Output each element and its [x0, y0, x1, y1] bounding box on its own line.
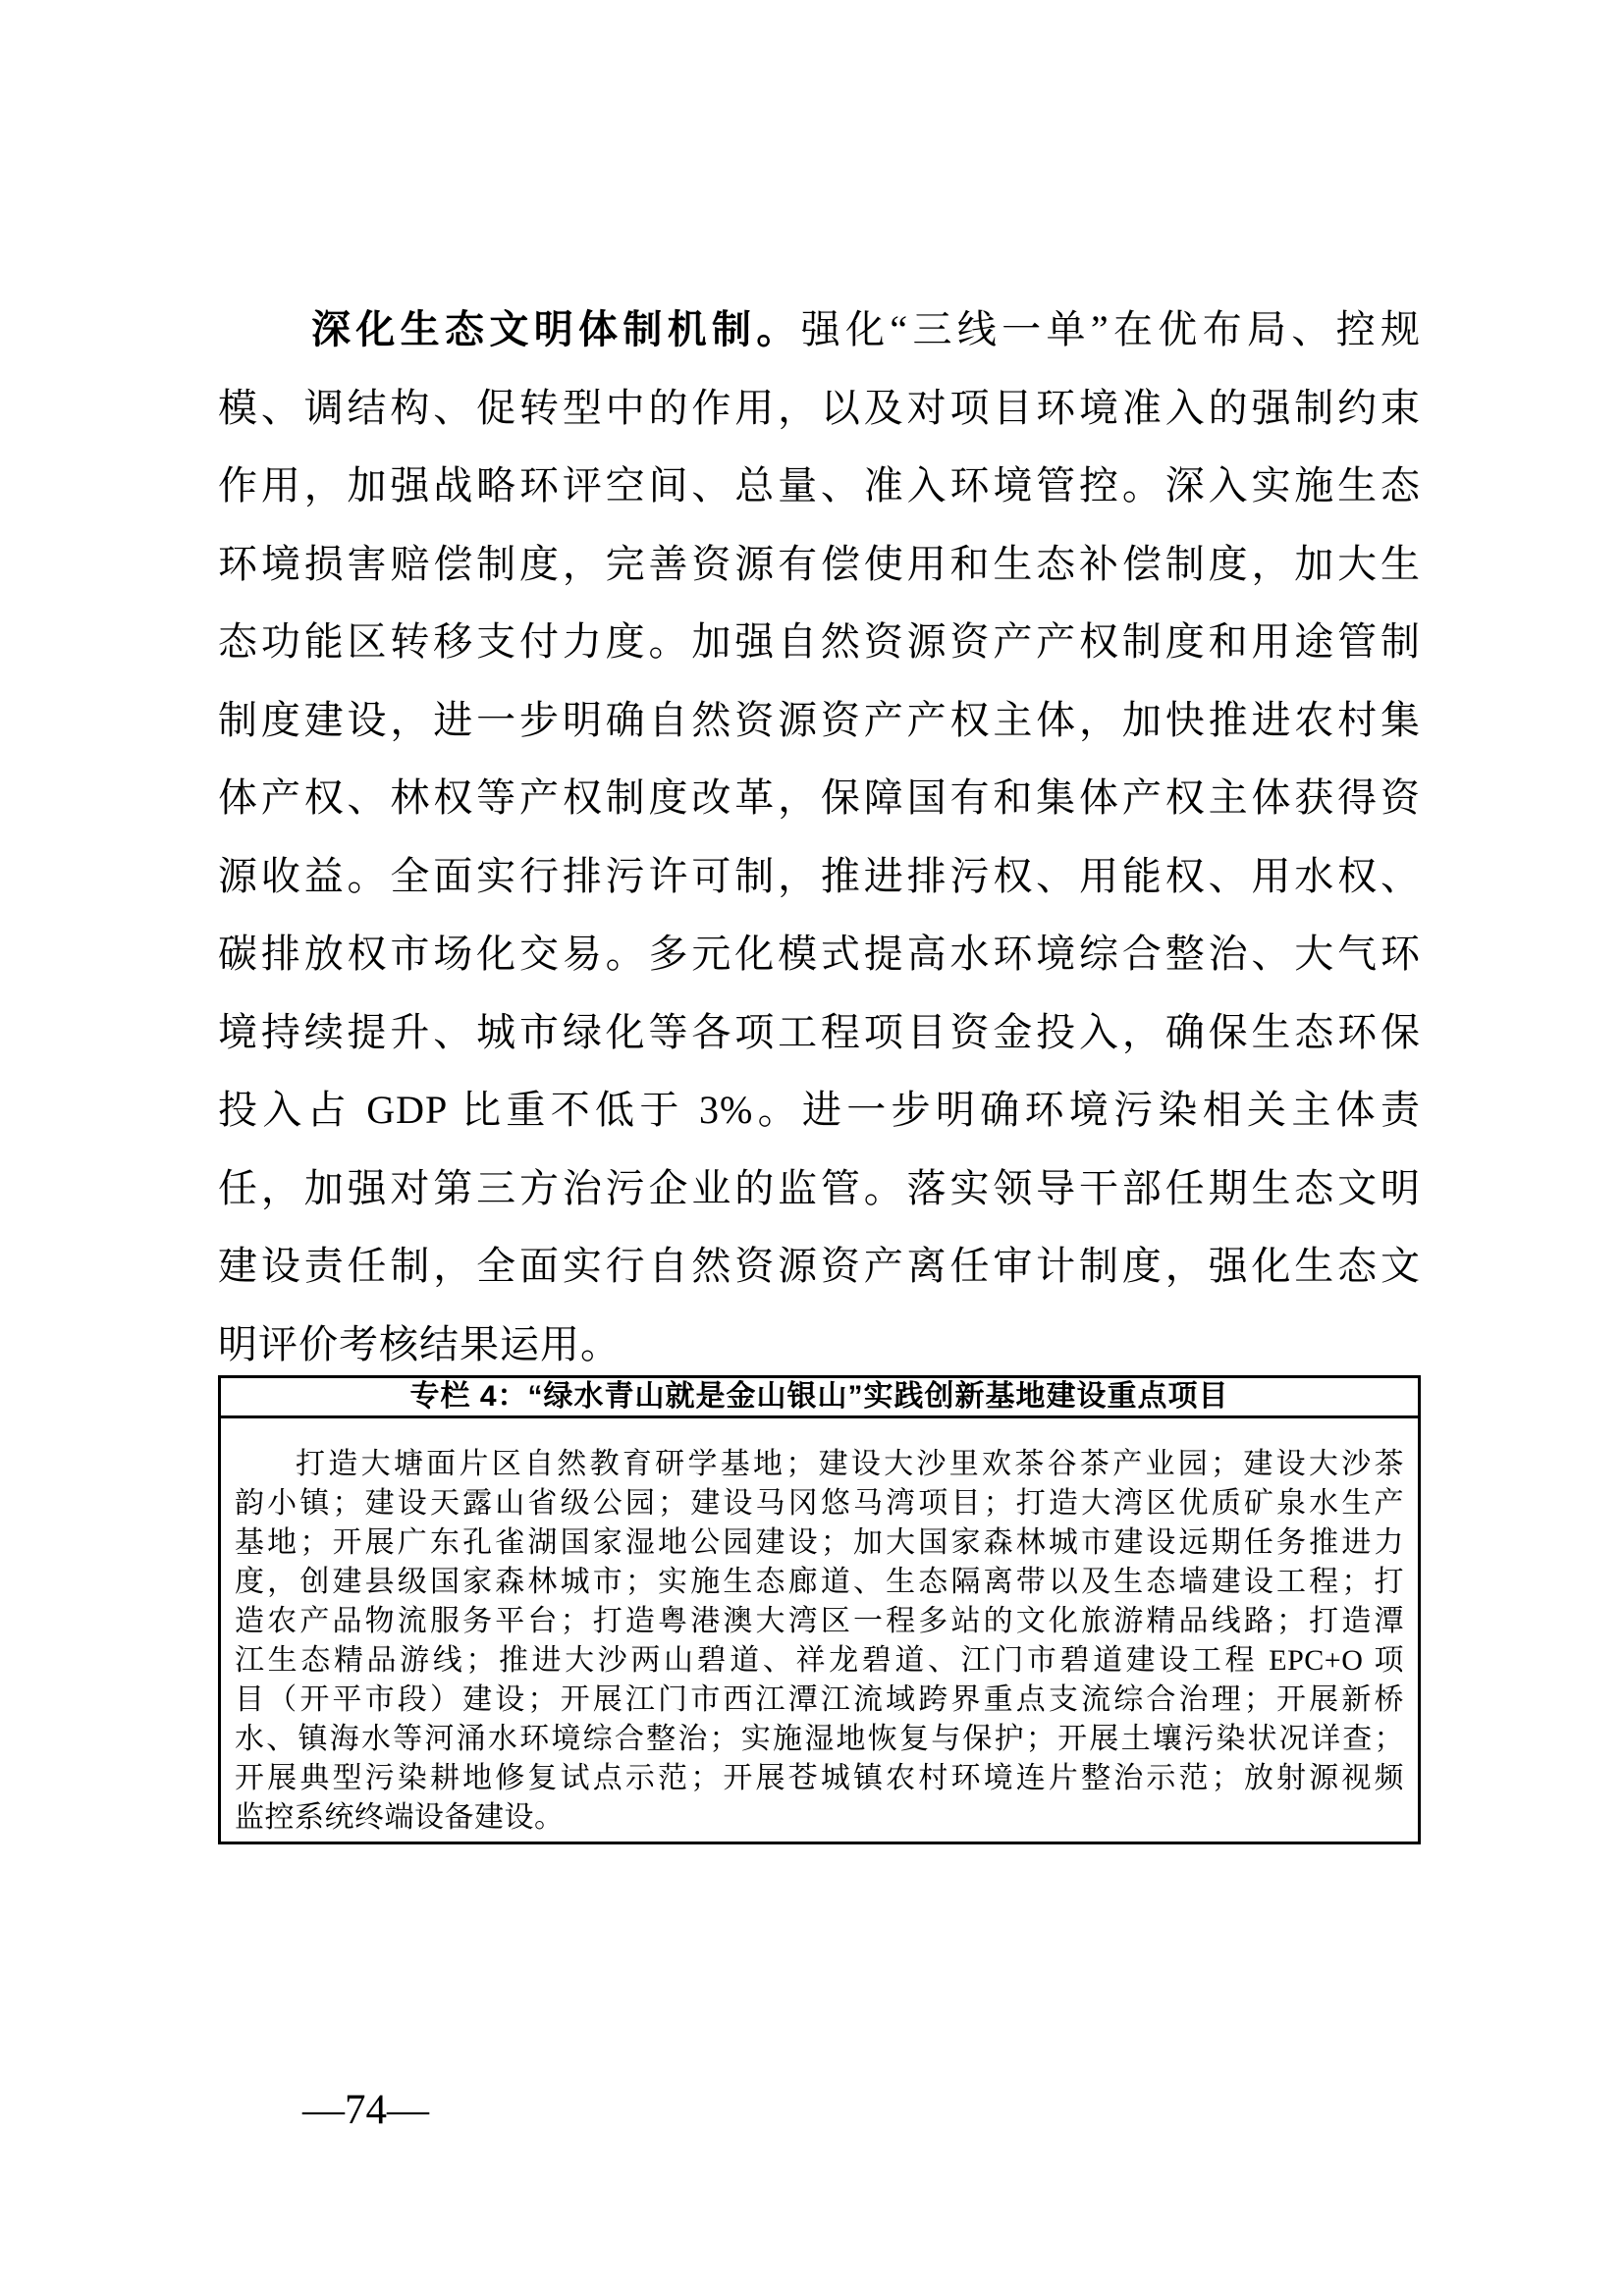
- text-line: 度，创建县级国家森林城市；实施生态廊道、生态隔离带以及生态墙建设工程；打: [235, 1563, 1404, 1602]
- text-line: 态功能区转移支付力度。加强自然资源资产产权制度和用途管制: [218, 603, 1421, 681]
- page-number: —74—: [302, 2087, 429, 2134]
- text-line: 水、镇海水等河涌水环境综合整治；实施湿地恢复与保护；开展土壤污染状况详查；: [235, 1720, 1404, 1759]
- text-line: 投入占 GDP 比重不低于 3%。进一步明确环境污染相关主体责: [218, 1071, 1421, 1149]
- text-line: 韵小镇；建设天露山省级公园；建设马冈悠马湾项目；打造大湾区优质矿泉水生产: [235, 1484, 1404, 1523]
- text-line: 源收益。全面实行排污许可制，推进排污权、用能权、用水权、: [218, 837, 1421, 916]
- text-line: 开展典型污染耕地修复试点示范；开展苍城镇农村环境连片整治示范；放射源视频: [235, 1759, 1404, 1798]
- text-line: 碳排放权市场化交易。多元化模式提高水环境综合整治、大气环: [218, 915, 1421, 993]
- text-line: 环境损害赔偿制度，完善资源有偿使用和生态补偿制度，加大生: [218, 525, 1421, 604]
- body-paragraph: 深化生态文明体制机制。强化“三线一单”在优布局、控规 模、调结构、促转型中的作用…: [218, 291, 1421, 1383]
- text-line: 模、调结构、促转型中的作用，以及对项目环境准入的强制约束: [218, 369, 1421, 448]
- text-line: 监控系统终端设备建设。: [235, 1798, 1404, 1838]
- text-line: 明评价考核结果运用。: [218, 1306, 1421, 1384]
- text-line: 打造大塘面片区自然教育研学基地；建设大沙里欢茶谷茶产业园；建设大沙茶: [235, 1445, 1404, 1484]
- text-line: 任，加强对第三方治污企业的监管。落实领导干部任期生态文明: [218, 1149, 1421, 1228]
- callout-box: 专栏 4：“绿水青山就是金山银山”实践创新基地建设重点项目 打造大塘面片区自然教…: [218, 1375, 1421, 1844]
- callout-box-body: 打造大塘面片区自然教育研学基地；建设大沙里欢茶谷茶产业园；建设大沙茶韵小镇；建设…: [221, 1418, 1418, 1842]
- text-line: 制度建设，进一步明确自然资源资产产权主体，加快推进农村集: [218, 681, 1421, 760]
- text-line: 境持续提升、城市绿化等各项工程项目资金投入，确保生态环保: [218, 993, 1421, 1072]
- callout-box-title: 专栏 4：“绿水青山就是金山银山”实践创新基地建设重点项目: [221, 1378, 1418, 1418]
- text-line: 江生态精品游线；推进大沙两山碧道、祥龙碧道、江门市碧道建设工程 EPC+O 项: [235, 1641, 1404, 1681]
- text-line: 建设责任制，全面实行自然资源资产离任审计制度，强化生态文: [218, 1227, 1421, 1306]
- paragraph-first-line: 深化生态文明体制机制。强化“三线一单”在优布局、控规: [218, 291, 1421, 369]
- text-line: 造农产品物流服务平台；打造粤港澳大湾区一程多站的文化旅游精品线路；打造潭: [235, 1602, 1404, 1641]
- text-line: 体产权、林权等产权制度改革，保障国有和集体产权主体获得资: [218, 759, 1421, 837]
- paragraph-lead-bold: 深化生态文明体制机制。: [311, 307, 801, 351]
- paragraph-lines: 模、调结构、促转型中的作用，以及对项目环境准入的强制约束作用，加强战略环评空间、…: [218, 369, 1421, 1384]
- text-line: 目（开平市段）建设；开展江门市西江潭江流域跨界重点支流综合治理；开展新桥: [235, 1681, 1404, 1720]
- text-line: 基地；开展广东孔雀湖国家湿地公园建设；加大国家森林城市建设远期任务推进力: [235, 1523, 1404, 1563]
- paragraph-first-line-text: 强化“三线一单”在优布局、控规: [801, 307, 1421, 351]
- document-page: 深化生态文明体制机制。强化“三线一单”在优布局、控规 模、调结构、促转型中的作用…: [0, 0, 1624, 2296]
- text-line: 作用，加强战略环评空间、总量、准入环境管控。深入实施生态: [218, 447, 1421, 525]
